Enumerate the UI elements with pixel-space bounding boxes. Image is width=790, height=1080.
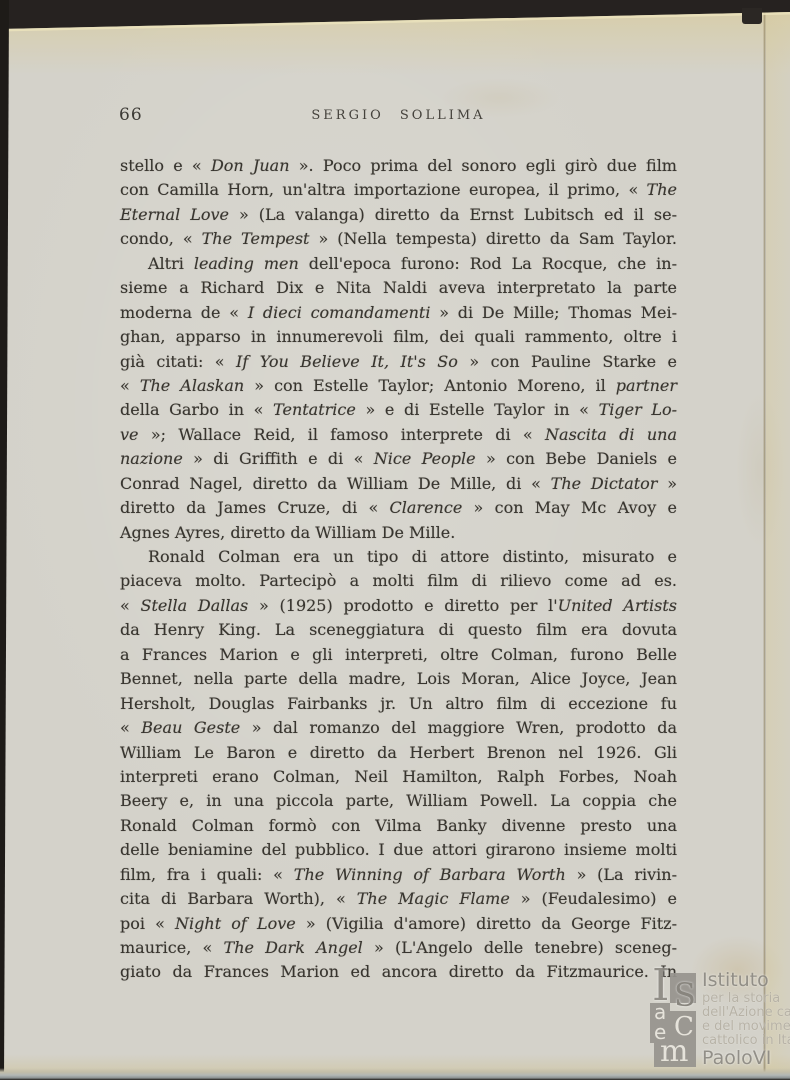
watermark-line: PaoloVI bbox=[702, 1047, 771, 1069]
text-line: ve »; Wallace Reid, il famoso interprete… bbox=[120, 423, 677, 447]
watermark-logo-block bbox=[650, 1003, 670, 1023]
text-line: ghan, apparso in innumerevoli film, dei … bbox=[120, 325, 677, 349]
body-text: stello e « Don Juan ». Poco prima del so… bbox=[120, 154, 677, 985]
text-line: stello e « Don Juan ». Poco prima del so… bbox=[120, 154, 677, 178]
logo-letter-m: m bbox=[660, 1037, 688, 1067]
text-line: « Stella Dallas » (1925) prodotto e dire… bbox=[120, 594, 677, 618]
scanned-book-page: 66 SERGIO SOLLIMA stello e « Don Juan ».… bbox=[0, 0, 790, 1080]
text-line: a Frances Marion e gli interpreti, oltre… bbox=[120, 643, 677, 667]
watermark-line: Istituto bbox=[702, 969, 769, 991]
paper: 66 SERGIO SOLLIMA stello e « Don Juan ».… bbox=[0, 0, 790, 1080]
logo-letter-c: C bbox=[674, 1013, 694, 1041]
text-line: maurice, « The Dark Angel » (L'Angelo de… bbox=[120, 936, 677, 960]
text-line: Bennet, nella parte della madre, Lois Mo… bbox=[120, 667, 677, 691]
text-line: Conrad Nagel, diretto da William De Mill… bbox=[120, 472, 677, 496]
text-line: Altri leading men dell'epoca furono: Rod… bbox=[120, 252, 677, 276]
text-line: della Garbo in « Tentatrice » e di Estel… bbox=[120, 398, 677, 422]
running-header: SERGIO SOLLIMA bbox=[120, 108, 677, 123]
text-line: sieme a Richard Dix e Nita Naldi aveva i… bbox=[120, 276, 677, 300]
page-crease bbox=[763, 0, 766, 1080]
watermark-logo-block bbox=[650, 1023, 670, 1043]
text-line: Ronald Colman formò con Vilma Banky dive… bbox=[120, 814, 677, 838]
logo-letter-S: S bbox=[674, 979, 696, 1011]
text-line: William Le Baron e diretto da Herbert Br… bbox=[120, 741, 677, 765]
text-line: film, fra i quali: « The Winning of Barb… bbox=[120, 863, 677, 887]
text-line: diretto da James Cruze, di « Clarence » … bbox=[120, 496, 677, 520]
text-line: giato da Frances Marion ed ancora dirett… bbox=[120, 960, 677, 984]
text-line: cita di Barbara Worth), « The Magic Flam… bbox=[120, 887, 677, 911]
binding-notch bbox=[742, 8, 762, 24]
scan-border-bottom bbox=[0, 1068, 790, 1080]
logo-letter-e: e bbox=[654, 1021, 666, 1043]
text-line: già citati: « If You Believe It, It's So… bbox=[120, 350, 677, 374]
text-line: Agnes Ayres, diretto da William De Mille… bbox=[120, 521, 677, 545]
text-line: con Camilla Horn, un'altra importazione … bbox=[120, 178, 677, 202]
text-line: moderna de « I dieci comandamenti » di D… bbox=[120, 301, 677, 325]
text-line: Eternal Love » (La valanga) diretto da E… bbox=[120, 203, 677, 227]
text-line: delle beniamine del pubblico. I due atto… bbox=[120, 838, 677, 862]
watermark-logo-block bbox=[654, 1041, 696, 1067]
text-line: Ronald Colman era un tipo di attore dist… bbox=[120, 545, 677, 569]
text-line: Hersholt, Douglas Fairbanks jr. Un altro… bbox=[120, 692, 677, 716]
text-line: nazione » di Griffith e di « Nice People… bbox=[120, 447, 677, 471]
watermark-logo-block bbox=[670, 1011, 696, 1041]
text-line: piaceva molto. Partecipò a molti film di… bbox=[120, 569, 677, 593]
text-line: interpreti erano Colman, Neil Hamilton, … bbox=[120, 765, 677, 789]
text-line: da Henry King. La sceneggiatura di quest… bbox=[120, 618, 677, 642]
page-edge-right bbox=[766, 0, 790, 1080]
text-line: Beery e, in una piccola parte, William P… bbox=[120, 789, 677, 813]
text-line: « The Alaskan » con Estelle Taylor; Anto… bbox=[120, 374, 677, 398]
text-line: poi « Night of Love » (Vigilia d'amore) … bbox=[120, 912, 677, 936]
logo-letter-a: a bbox=[654, 1001, 666, 1023]
text-line: « Beau Geste » dal romanzo del maggiore … bbox=[120, 716, 677, 740]
text-line: condo, « The Tempest » (Nella tempesta) … bbox=[120, 227, 677, 251]
